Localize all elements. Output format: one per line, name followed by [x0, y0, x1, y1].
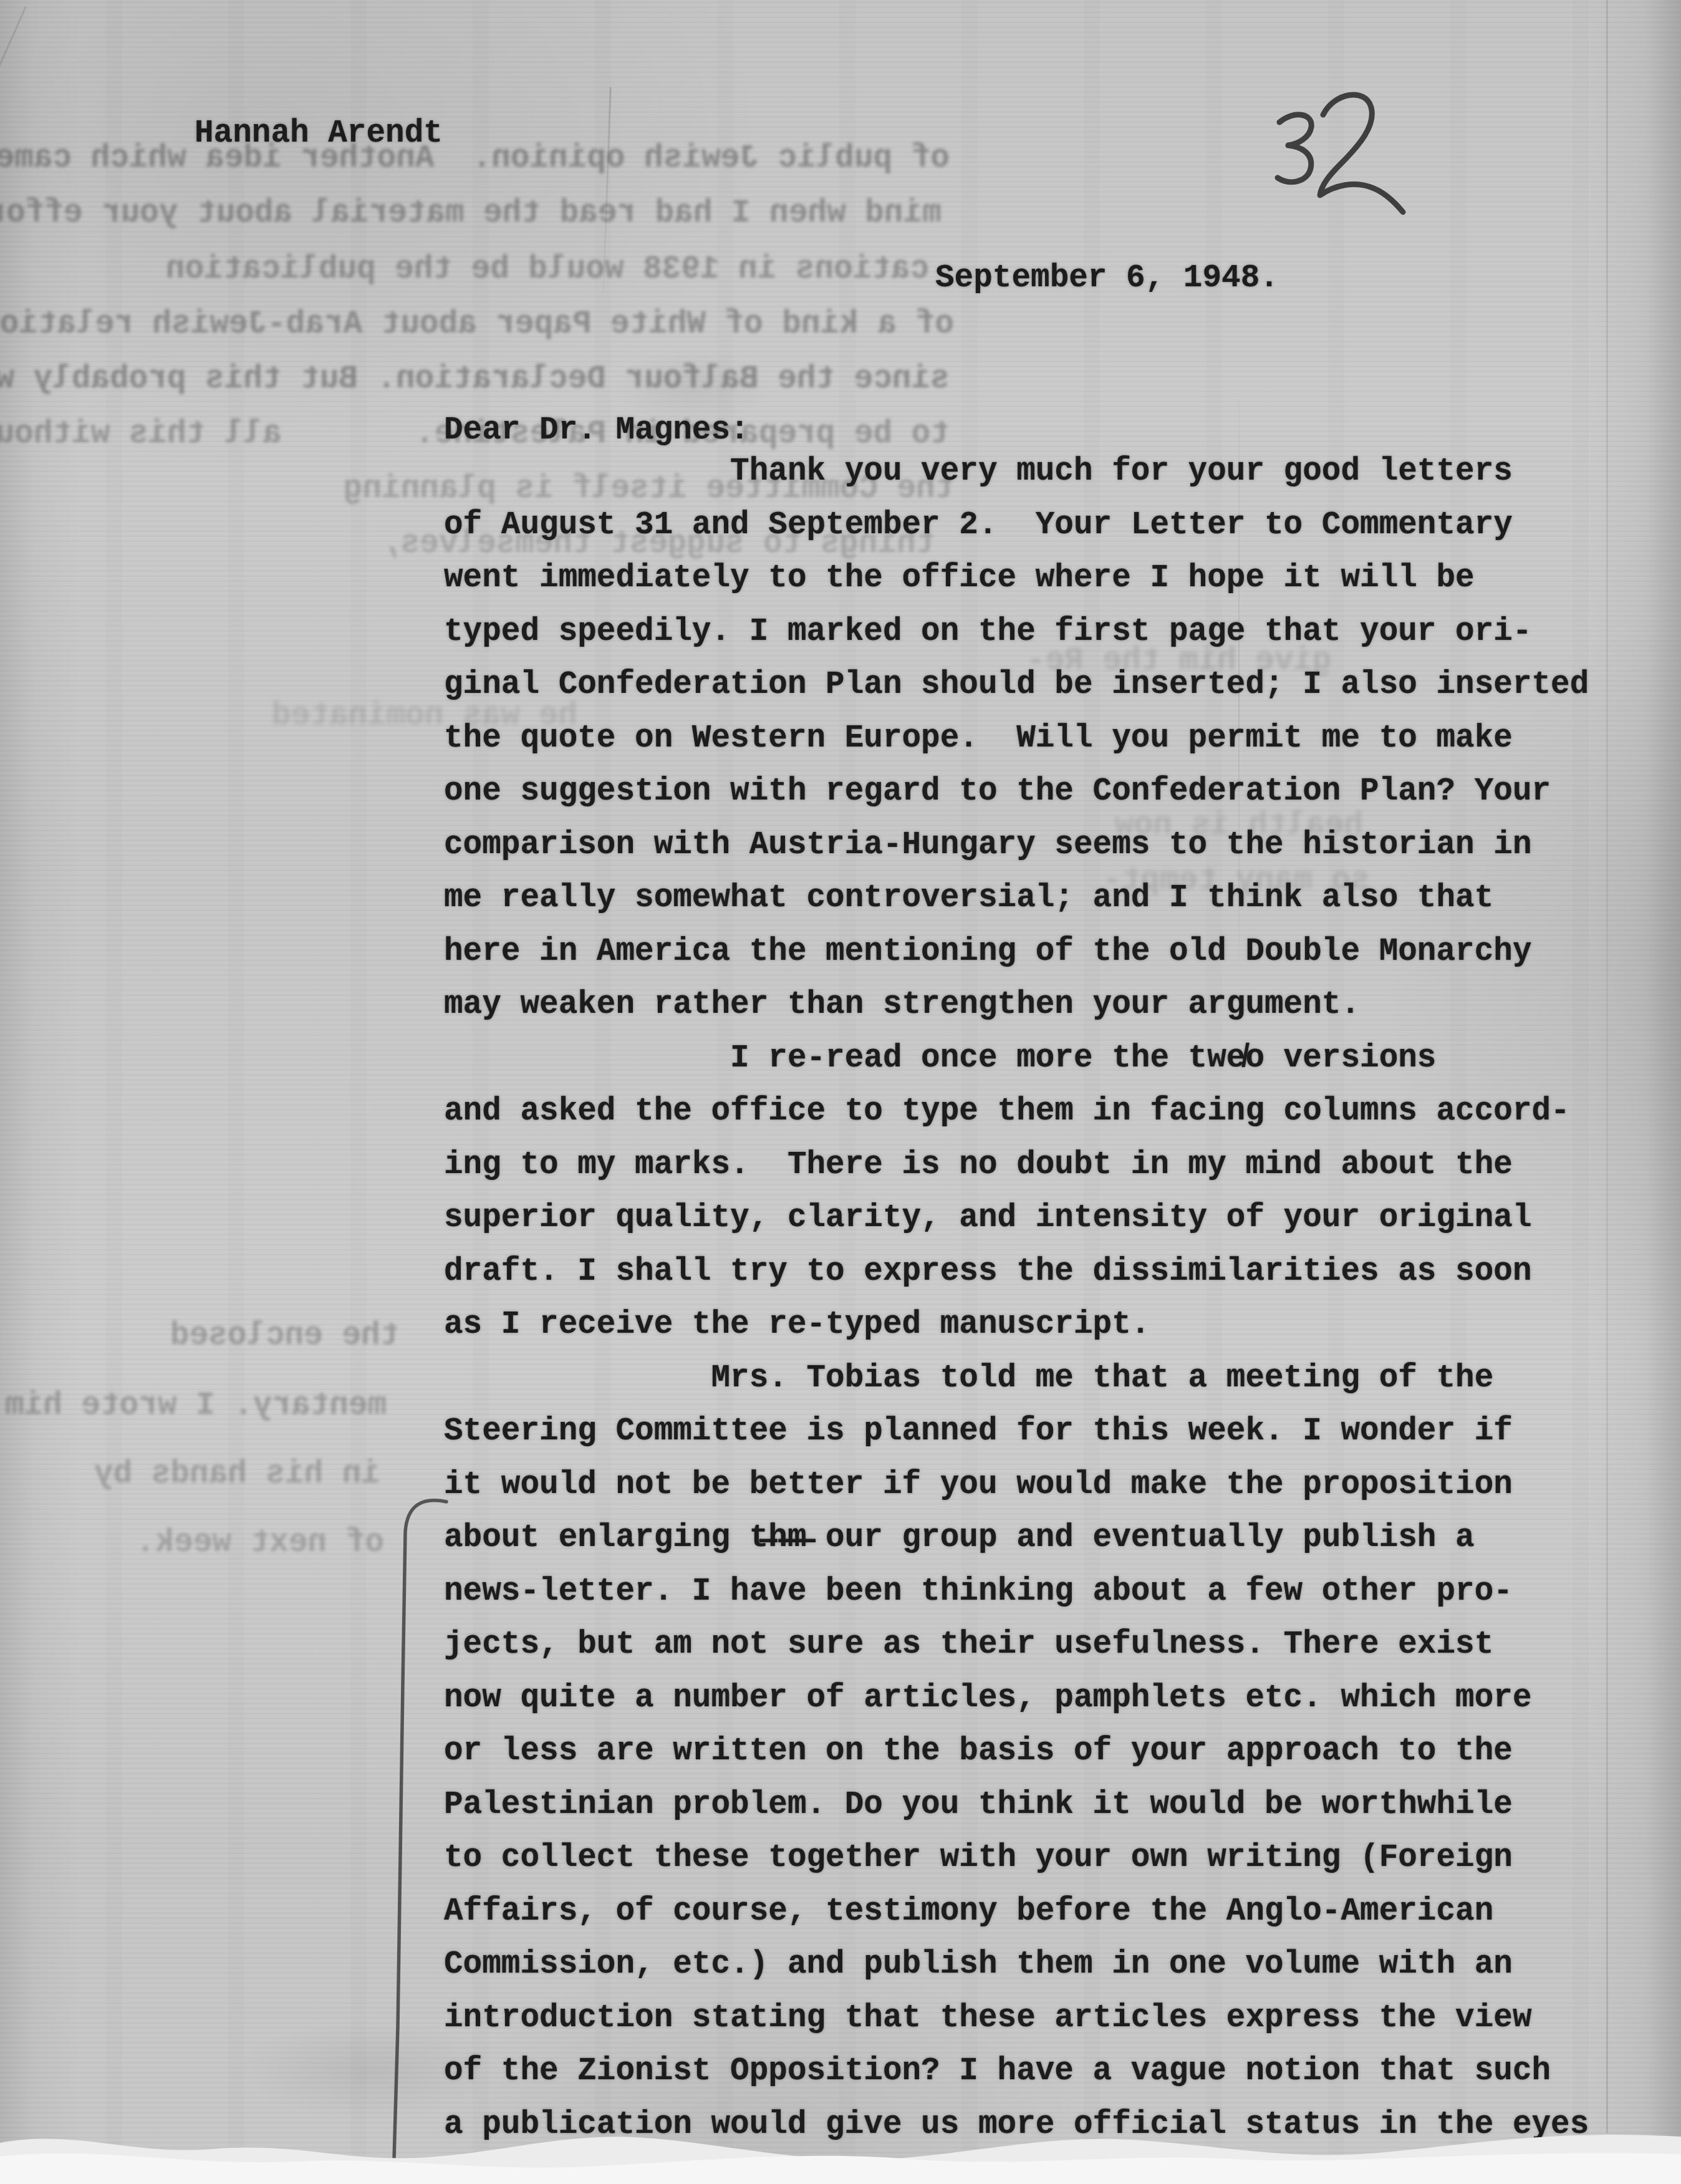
paper-crease: [0, 6, 27, 223]
bleedthrough-line: of public Jewish opinion. Another idea w…: [0, 132, 950, 185]
bleedthrough-line: of a kind of White Paper about Arab-Jewi…: [0, 298, 954, 351]
sender-name: Hannah Arendt: [195, 107, 443, 161]
scanned-letter-page: of public Jewish opinion. Another idea w…: [0, 0, 1681, 2184]
date-line: September 6, 1948.: [935, 252, 1279, 306]
bleedthrough-line: mind when I had read the material about …: [0, 187, 942, 240]
bleedthrough-line: mentary. I wrote him: [5, 1379, 387, 1433]
paper-crease: [602, 87, 612, 293]
letter-body: Thank you very much for your good letter…: [444, 445, 1589, 2152]
paper-crease: [1606, 0, 1608, 2133]
bleedthrough-line: since the Balfour Declaration. But this …: [0, 353, 950, 406]
bleedthrough-line: of next week.: [136, 1517, 384, 1570]
scan-edge-shadow: [1647, 0, 1681, 2184]
bleedthrough-line: in his hands by: [94, 1448, 380, 1501]
bleedthrough-line: cations in 1938 would be the publication: [166, 243, 929, 296]
handwritten-page-number: [1278, 95, 1403, 212]
bleedthrough-line: the enclosed: [170, 1310, 399, 1363]
